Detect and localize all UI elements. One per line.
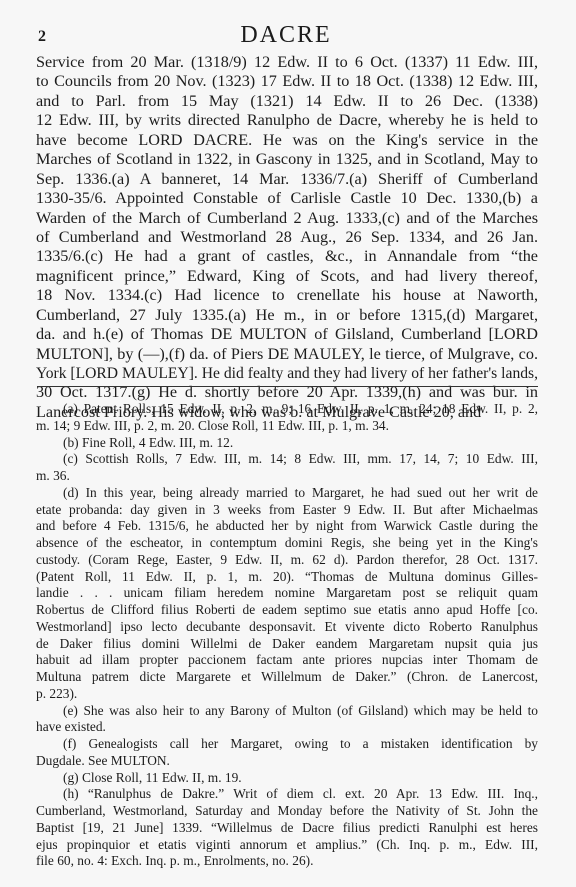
- footnote-line: Cumberland, Westmorland, Saturday and Mo…: [36, 803, 538, 820]
- main-text: Service from 20 Mar. (1318/9) 12 Edw. II…: [36, 53, 538, 422]
- text-line: Cumberland, 27 July 1335.(a) He m., in o…: [36, 306, 538, 325]
- text-line: magnificent prince,” Edward, King of Sco…: [36, 267, 538, 286]
- footnote-line: (b) Fine Roll, 4 Edw. III, m. 12.: [36, 435, 538, 452]
- footnote-line: (h) “Ranulphus de Dakre.” Writ of diem c…: [36, 786, 538, 803]
- footnote-line: Baptist [19, 21 June] 1339. “Willelmus d…: [36, 820, 538, 837]
- footnote-f: (f) Genealogists call her Margaret, owin…: [36, 736, 538, 770]
- footnote-line: (c) Scottish Rolls, 7 Edw. III, m. 14; 8…: [36, 451, 538, 468]
- footnote-g: (g) Close Roll, 11 Edw. II, m. 19.: [36, 770, 538, 787]
- text-line: Marches of Scotland in 1322, in Gascony …: [36, 150, 538, 169]
- footnote-line: (d) In this year, being already married …: [36, 485, 538, 502]
- footnote-line: Westmorland] ipso lecto decubante despon…: [36, 619, 538, 636]
- footnotes: (a) Patent Rolls, 15 Edw. II, p. 2, m. 9…: [36, 401, 538, 870]
- text-line: da. and h.(e) of Thomas DE MULTON of Gil…: [36, 325, 538, 344]
- text-line: of Cumberland and Westmorland 28 Aug., 2…: [36, 228, 538, 247]
- document-page: 2 DACRE Service from 20 Mar. (1318/9) 12…: [0, 0, 576, 887]
- footnote-b: (b) Fine Roll, 4 Edw. III, m. 12.: [36, 435, 538, 452]
- footnote-e: (e) She was also heir to any Barony of M…: [36, 703, 538, 737]
- text-line: have become LORD DACRE. He was on the Ki…: [36, 131, 538, 150]
- text-line: York [LORD MAULEY]. He did fealty and th…: [36, 364, 538, 383]
- footnote-line: m. 36.: [36, 468, 538, 485]
- text-line: MULTON], by (—),(f) da. of Piers DE MAUL…: [36, 345, 538, 364]
- text-line: 1330-35/6. Appointed Constable of Carlis…: [36, 189, 538, 208]
- text-line: 18 Nov. 1334.(c) Had licence to crenella…: [36, 286, 538, 305]
- running-title: DACRE: [36, 22, 536, 49]
- footnote-line: absence of the escheator, in contemptum …: [36, 535, 538, 552]
- footnote-line: habuit ad illam propter paccionem factam…: [36, 652, 538, 669]
- footnote-line: (Patent Roll, 11 Edw. II, p. 1, m. 20). …: [36, 569, 538, 586]
- footnote-line: ejus propinquior et etatis viginti annor…: [36, 837, 538, 854]
- text-line: 1335/6.(c) He had a grant of castles, &c…: [36, 247, 538, 266]
- footnote-line: p. 223).: [36, 686, 538, 703]
- footnote-line: Robertus de Clifford filius Roberti de e…: [36, 602, 538, 619]
- text-line: Sep. 1336.(a) A banneret, 14 Mar. 1336/7…: [36, 170, 538, 189]
- footnote-line: (g) Close Roll, 11 Edw. II, m. 19.: [36, 770, 538, 787]
- page-header: 2 DACRE: [36, 22, 536, 50]
- footnote-d: (d) In this year, being already married …: [36, 485, 538, 703]
- text-line: to Councils from 20 Nov. (1323) 17 Edw. …: [36, 72, 538, 91]
- text-line: Warden of the March of Cumberland 2 Aug.…: [36, 209, 538, 228]
- footnote-c: (c) Scottish Rolls, 7 Edw. III, m. 14; 8…: [36, 451, 538, 485]
- footnote-line: (e) She was also heir to any Barony of M…: [36, 703, 538, 720]
- footnote-line: etate probanda: day given in 3 weeks fro…: [36, 502, 538, 519]
- footnote-line: (a) Patent Rolls, 15 Edw. II, p. 2, m. 9…: [36, 401, 538, 418]
- text-line: and to Parl. from 15 May (1321) 14 Edw. …: [36, 92, 538, 111]
- footnote-line: custody. (Coram Rege, Easter, 9 Edw. II,…: [36, 552, 538, 569]
- footnote-line: de Daker filius domini Willelmi de Daker…: [36, 636, 538, 653]
- footnote-line: and before 4 Feb. 1315/6, he abducted he…: [36, 518, 538, 535]
- footnote-line: (f) Genealogists call her Margaret, owin…: [36, 736, 538, 753]
- text-line: 12 Edw. III, by writs directed Ranulpho …: [36, 111, 538, 130]
- footnote-line: have existed.: [36, 719, 538, 736]
- footnote-line: landie . . . unicam filiam heredem nomin…: [36, 585, 538, 602]
- footnote-h: (h) “Ranulphus de Dakre.” Writ of diem c…: [36, 786, 538, 870]
- footnote-a: (a) Patent Rolls, 15 Edw. II, p. 2, m. 9…: [36, 401, 538, 435]
- footnote-line: Multuna patrem dicte Margarete et Willel…: [36, 669, 538, 686]
- text-line: Service from 20 Mar. (1318/9) 12 Edw. II…: [36, 53, 538, 72]
- footnote-line: m. 14; 9 Edw. III, p. 2, m. 20. Close Ro…: [36, 418, 538, 435]
- footnote-separator: [37, 386, 538, 387]
- footnote-line: Dugdale. See MULTON.: [36, 753, 538, 770]
- footnote-line: file 60, no. 4: Exch. Inq. p. m., Enrolm…: [36, 853, 538, 870]
